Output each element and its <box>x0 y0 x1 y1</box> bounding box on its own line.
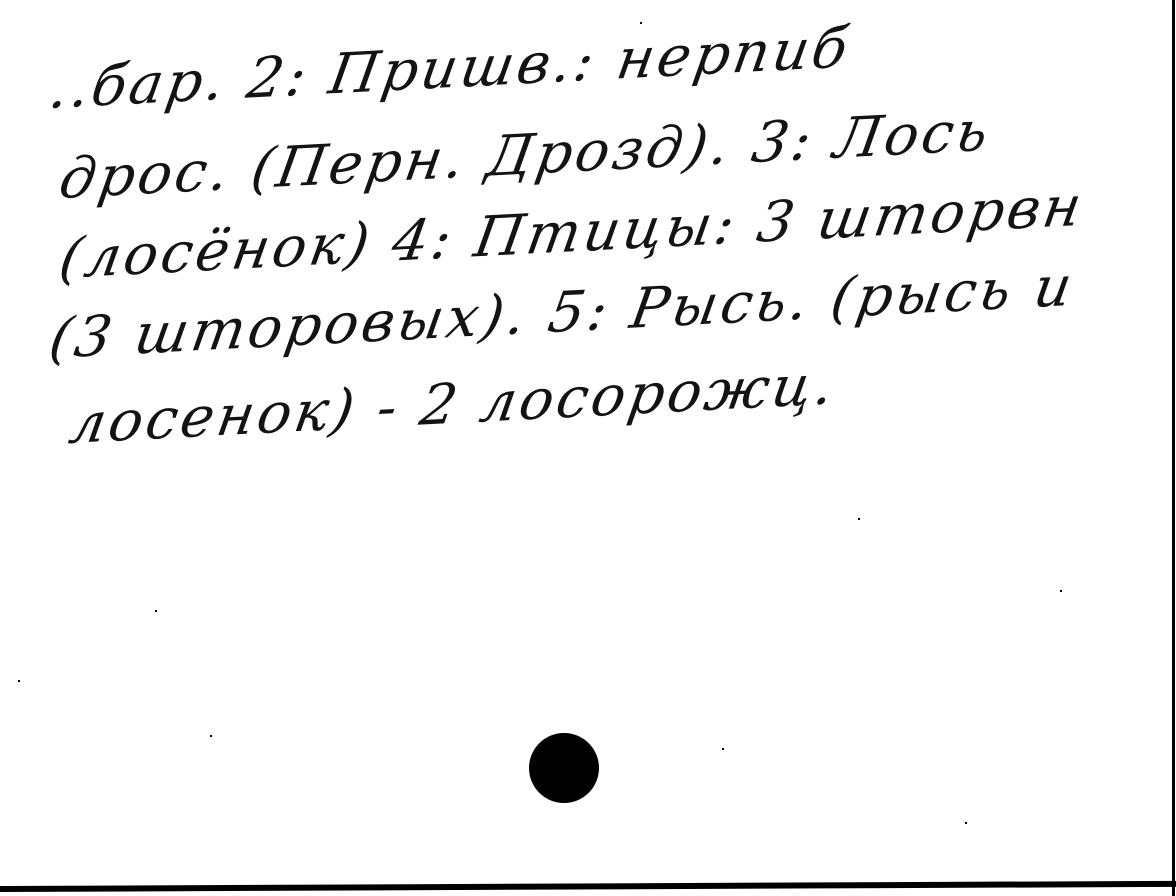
scan-speck <box>18 680 20 682</box>
scan-speck <box>858 518 860 520</box>
handwritten-line-5: лосенок) - 2 лосорожц. <box>65 355 840 455</box>
scan-speck <box>722 748 724 750</box>
handwritten-line-1: ..бар. 2: Пришв.: нерпиб <box>45 19 854 120</box>
punch-hole <box>529 733 599 803</box>
scan-speck <box>210 735 212 737</box>
scan-speck <box>965 822 967 824</box>
card-bottom-edge <box>0 881 1176 892</box>
card-right-edge <box>1172 0 1175 896</box>
scan-speck <box>640 22 642 24</box>
index-card: ..бар. 2: Пришв.: нерпиб дрос. (Перн. Др… <box>0 0 1176 896</box>
scan-speck <box>1060 590 1062 592</box>
scan-speck <box>155 610 157 612</box>
